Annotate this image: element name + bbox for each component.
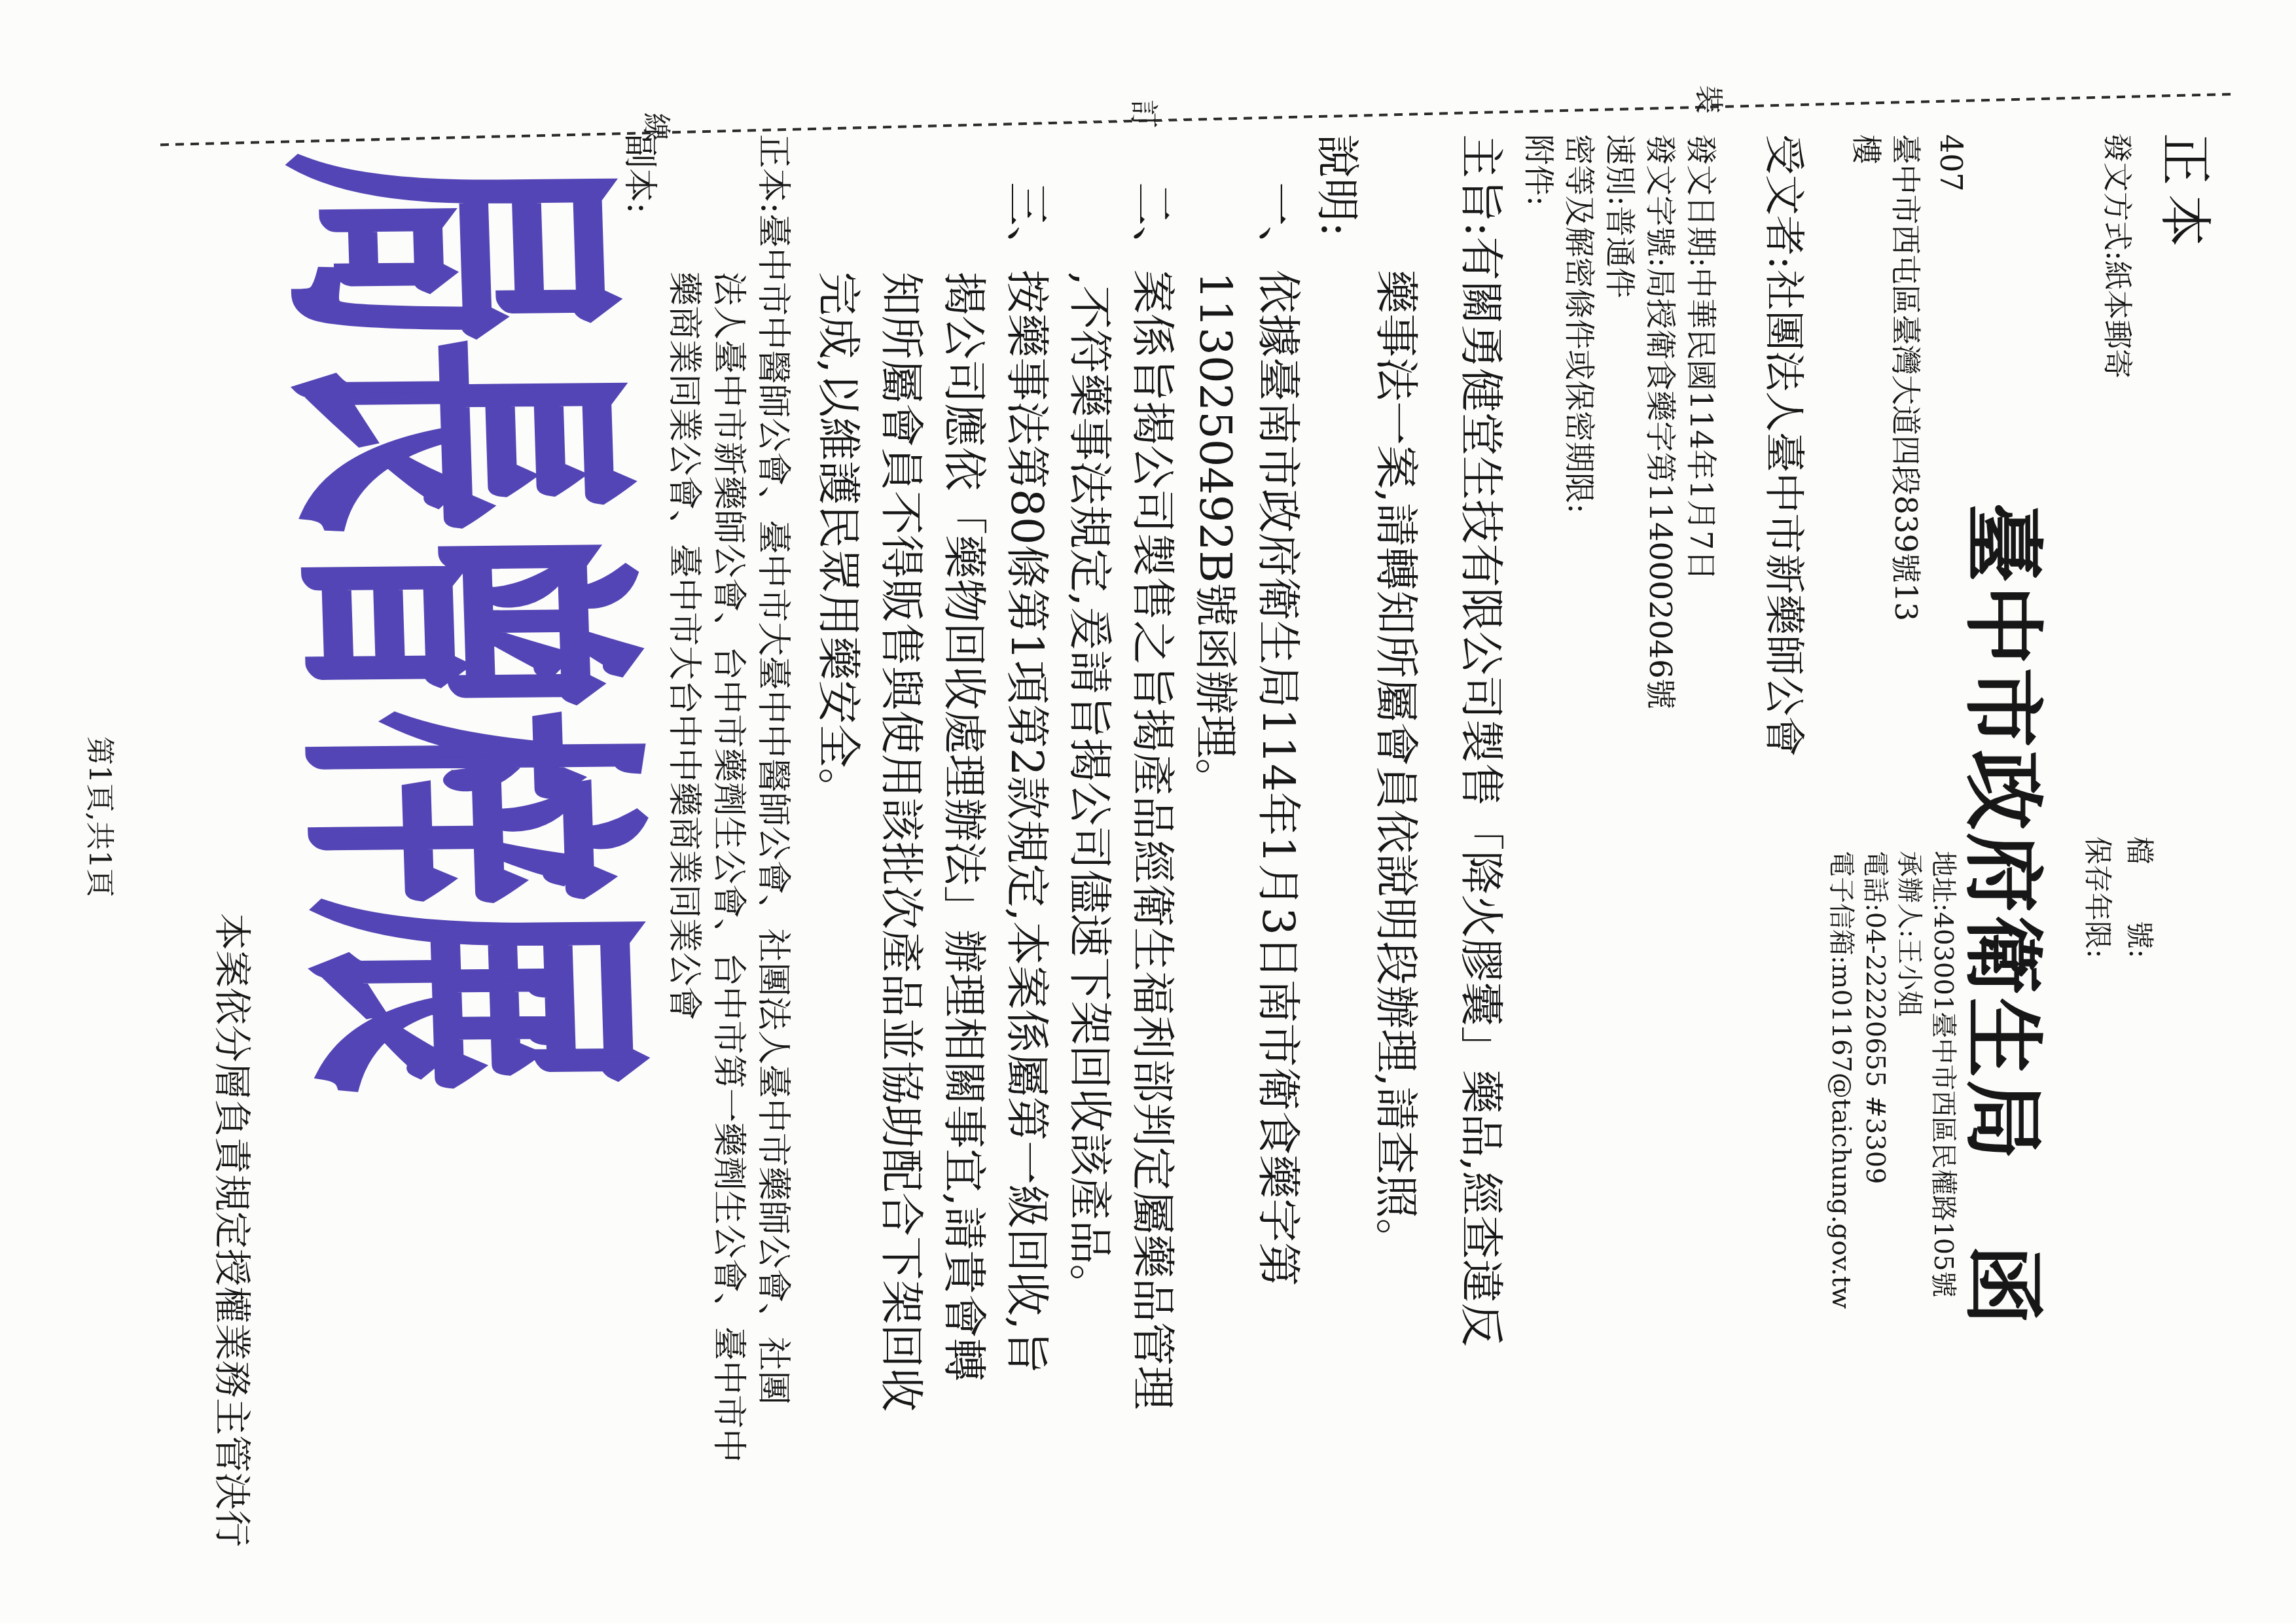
delivery-method: 發文方式:紙本郵寄 bbox=[2098, 133, 2141, 378]
item3-line4: 完成,以維護民眾用藥安全。 bbox=[810, 272, 873, 811]
director-signature-stamp: 局長曾梓展 bbox=[270, 151, 647, 1086]
binding-char-zhuang: 裝 bbox=[1690, 85, 1732, 114]
scanned-letter-canvas: 裝 訂 線 正本 發文方式:紙本郵寄 檔 號: 保存年限: 臺中市政府衛生局 函… bbox=[0, 0, 2296, 1623]
security-class: 密等及解密條件或保密期限: bbox=[1560, 134, 1604, 514]
original-copy-list-line1: 正本:臺中市中醫師公會、臺中市大臺中中醫師公會、社團法人臺中市藥師公會、社團 bbox=[752, 134, 801, 1405]
item3-line1: 三、按藥事法第80條第1項第2款規定,本案係屬第一級回收,旨 bbox=[999, 182, 1062, 1374]
speed-class: 速別:普通件 bbox=[1600, 134, 1644, 298]
issue-date: 發文日期:中華民國114年1月7日 bbox=[1681, 134, 1725, 580]
attachment-label: 附件: bbox=[1519, 134, 1563, 206]
item2-line1: 二、案係旨揭公司製售之旨揭產品經衛生福利部判定屬藥品管理 bbox=[1124, 182, 1187, 1410]
official-letter-page: 裝 訂 線 正本 發文方式:紙本郵寄 檔 號: 保存年限: 臺中市政府衛生局 函… bbox=[0, 0, 2296, 1623]
agency-phone: 電話:04-22220655 #3309 bbox=[1859, 851, 1896, 1185]
recipient-zip: 407 bbox=[1933, 134, 1969, 192]
file-number-label: 檔 號: bbox=[2121, 836, 2161, 959]
subject-line-1: 主旨:有關勇健堂生技有限公司製售「降火膠囊」藥品,經查違反 bbox=[1453, 134, 1516, 1347]
authorization-note: 本案依分層負責規定授權業務主管決行 bbox=[208, 913, 262, 1547]
item3-line2: 揭公司應依「藥物回收處理辦法」辦理相關事宜,請貴會轉 bbox=[936, 272, 999, 1382]
document-title: 臺中市政府衛生局 函 bbox=[1952, 503, 2067, 1327]
issue-number: 發文字號:局授衛食藥字第1140002046號 bbox=[1641, 134, 1685, 709]
item2-line2: ,不符藥事法規定,爰請旨揭公司儘速下架回收該產品。 bbox=[1062, 272, 1124, 1308]
page-number-footer: 第1頁,共1頁 bbox=[81, 736, 123, 897]
recipient-address-line1: 臺中市西屯區臺灣大道四段839號13 bbox=[1886, 134, 1929, 621]
binding-char-ding: 訂 bbox=[1125, 99, 1167, 128]
item1-line2: 1130250492B號函辦理。 bbox=[1187, 272, 1250, 802]
recipient-line: 受文者:社團法人臺中市新藥師公會 bbox=[1758, 134, 1816, 757]
subject-line-2: 藥事法一案,請轉知所屬會員依說明段辦理,請查照。 bbox=[1368, 270, 1431, 1262]
agency-email: 電子信箱:m01167@taichung.gov.tw bbox=[1825, 851, 1862, 1309]
item1-line1: 一、依據臺南市政府衛生局114年1月3日南市衛食藥字第 bbox=[1250, 182, 1313, 1286]
item3-line3: 知所屬會員不得販售與使用該批次產品並協助配合下架回收 bbox=[873, 272, 936, 1412]
recipient-address-line2: 樓 bbox=[1847, 134, 1890, 164]
original-copy-list-line2: 法人臺中市新藥師公會、台中市藥劑生公會、台中市第一藥劑生公會、臺中市中 bbox=[708, 272, 757, 1463]
agency-address: 地址:403001臺中市西區民權路105號 bbox=[1927, 851, 1964, 1298]
retention-period-label: 保存年限: bbox=[2079, 836, 2119, 959]
agency-contact-person: 承辦人:王小姐 bbox=[1893, 851, 1930, 1016]
copy-type-label: 正本 bbox=[2152, 133, 2227, 256]
explanation-label: 說明: bbox=[1309, 134, 1372, 237]
